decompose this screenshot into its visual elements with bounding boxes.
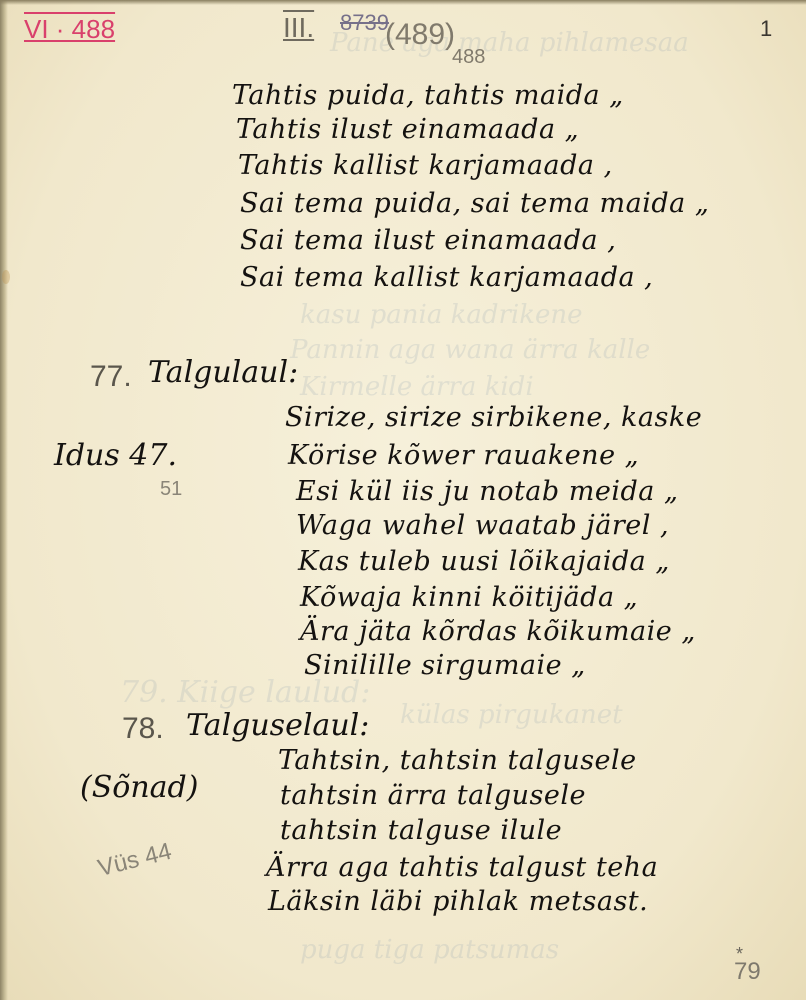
margin-pencil-note: 51 xyxy=(160,478,182,501)
song-title: Talgulaul: xyxy=(148,355,298,390)
verse-line: tahtsin talguse ilule xyxy=(280,815,562,846)
bleed-through-line: kasu pania kadrikene xyxy=(300,300,583,330)
page-top-edge xyxy=(0,0,806,5)
bleed-through-line: puga tiga patsumas xyxy=(300,935,559,965)
verse-line: Tahtis puida, tahtis maida „ xyxy=(232,80,624,111)
crossed-out-number: 8739 xyxy=(340,10,389,36)
verse-line: Tahtis ilust einamaada „ xyxy=(236,114,579,145)
verse-line: Esi kül iis ju notab meida „ xyxy=(296,476,678,507)
verse-line: Sai tema kallist karjamaada , xyxy=(240,262,653,293)
red-archive-mark: VI · 488 xyxy=(24,14,115,45)
verse-line: Sirize, sirize sirbikene, kaske xyxy=(285,402,702,433)
bottom-page-number: 79 xyxy=(734,958,761,986)
page-number-parenthetical: (489) xyxy=(385,18,455,52)
bleed-through-line: külas pirgukanet xyxy=(400,700,623,730)
verse-line: Sinilille sirgumaie „ xyxy=(304,650,586,681)
song-number: 78. xyxy=(122,712,164,746)
verse-line: Ära jäta kõrdas kõikumaie „ xyxy=(300,616,696,647)
verse-line: Ärra aga tahtis talgust teha xyxy=(266,852,658,883)
bleed-through-line: Pannin aga wana ärra kalle xyxy=(290,335,650,365)
verse-line: Tahtsin, tahtsin talgusele xyxy=(278,745,637,776)
verse-line: Sai tema ilust einamaada , xyxy=(240,225,616,256)
margin-note: (Sõnad) xyxy=(80,770,198,805)
verse-line: Kõwaja kinni köitijäda „ xyxy=(300,582,638,613)
paper-stain xyxy=(2,270,10,284)
verse-line: Körise kõwer rauakene „ xyxy=(288,440,639,471)
page-spine-edge xyxy=(0,0,8,1000)
verse-line: tahtsin ärra talgusele xyxy=(280,780,586,811)
volume-mark: III. xyxy=(283,12,314,44)
margin-note: Idus 47. xyxy=(54,438,177,473)
song-title: Talguselaul: xyxy=(186,708,369,743)
verse-line: Tahtis kallist karjamaada , xyxy=(238,150,613,181)
verse-line: Läksin läbi pihlak metsast. xyxy=(268,886,648,917)
top-right-mark: 1 xyxy=(760,16,772,42)
song-number: 77. xyxy=(90,360,132,394)
pencil-page-number: 488 xyxy=(452,46,485,69)
bleed-through-line: Kirmelle ärra kidi xyxy=(300,372,534,402)
verse-line: Sai tema puida, sai tema maida „ xyxy=(240,188,709,219)
verse-line: Waga wahel waatab järel , xyxy=(296,510,669,541)
verse-line: Kas tuleb uusi lõikajaida „ xyxy=(298,546,670,577)
